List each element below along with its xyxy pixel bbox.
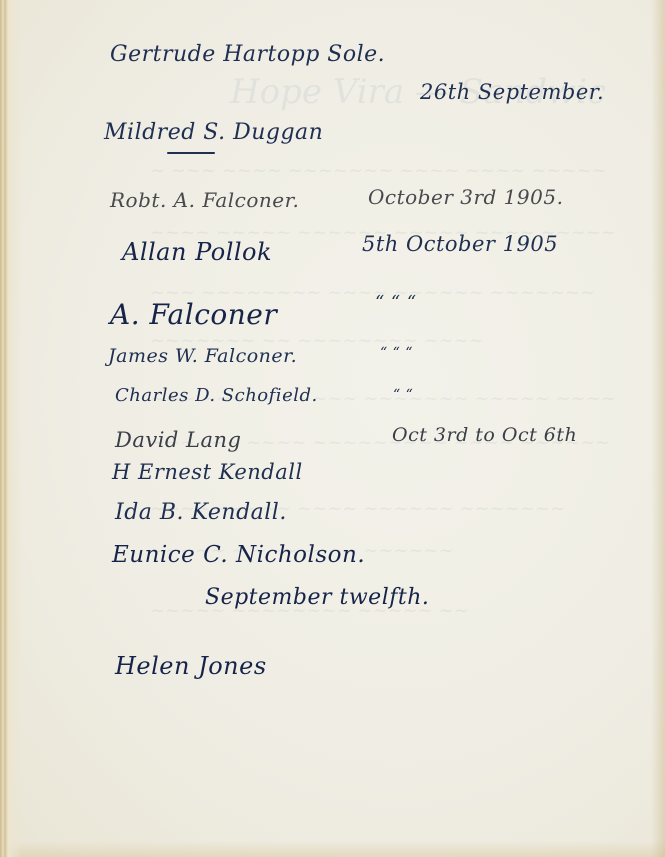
signature-helen-jones: Helen Jones [115, 652, 267, 680]
entry-date: 5th October 1905 [362, 232, 558, 256]
signature-gertrude: Gertrude Hartopp Sole. [110, 42, 385, 67]
signature-mildred: Mildred S. Duggan [104, 120, 323, 145]
guestbook-page: Hope Vira — Sandwic ~ ~~~ ~~~~ ~~~~~~~ ~… [0, 0, 665, 857]
signature-h-ernest-kendall: H Ernest Kendall [112, 460, 303, 484]
signature-david-lang: David Lang [115, 428, 242, 452]
signature-james-falconer: James W. Falconer. [108, 345, 297, 367]
bleed-through-line: ~ ~~~ ~~~~ ~~~~~~~ ~~~~ ~~~~ ~~~~~ [150, 160, 607, 181]
entry-date: October 3rd 1905. [368, 185, 563, 209]
signature-ida-kendall: Ida B. Kendall. [115, 500, 287, 525]
signature-a-falconer: A. Falconer [110, 298, 277, 331]
signature-underline [167, 152, 215, 154]
signature-charles-schofield: Charles D. Schofield. [115, 385, 318, 406]
entry-date: September twelfth. [205, 585, 429, 610]
signature-robt-falconer: Robt. A. Falconer. [110, 188, 299, 212]
ditto-marks: “ “ [393, 387, 413, 403]
ditto-marks: “ “ “ [375, 292, 417, 313]
ditto-marks: “ “ “ [380, 345, 413, 361]
signature-eunice-nicholson: Eunice C. Nicholson. [112, 542, 365, 568]
entry-date: 26th September. [420, 80, 604, 104]
signature-allan-pollok: Allan Pollok [122, 238, 272, 266]
entry-date: Oct 3rd to Oct 6th [392, 424, 577, 446]
